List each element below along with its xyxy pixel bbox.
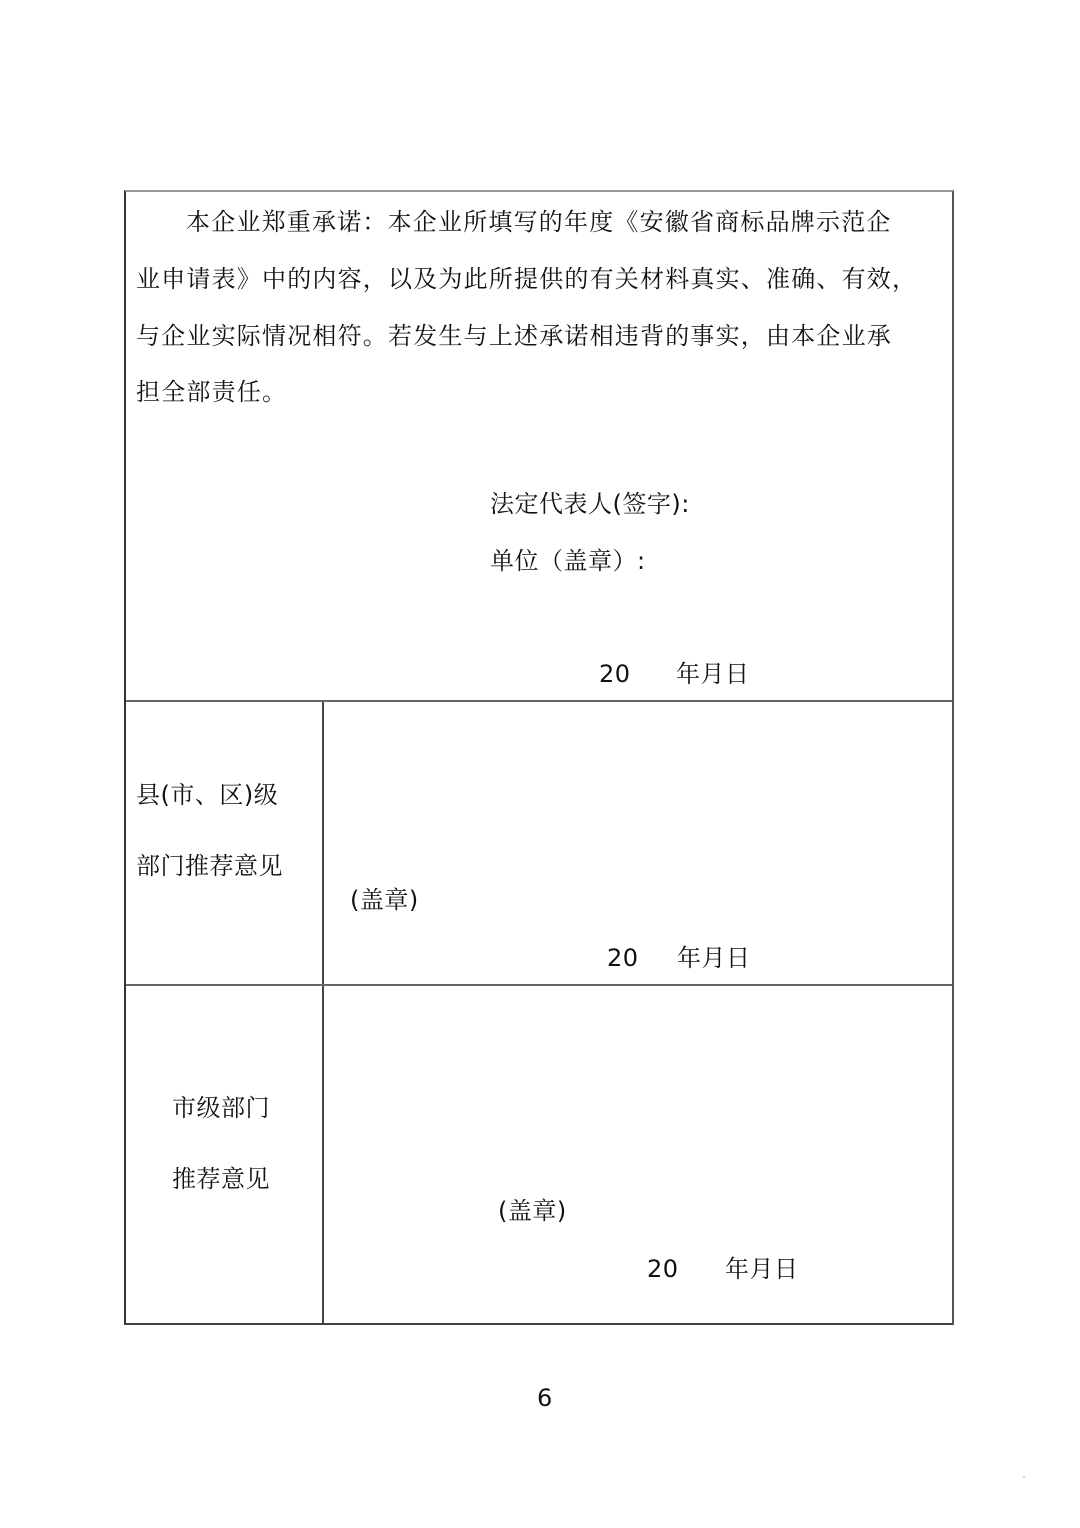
commitment-row: 本企业郑重承诺：本企业所填写的年度《安徽省商标品牌示范企 业申请表》中的内容，以… <box>126 192 952 702</box>
application-form-table: 本企业郑重承诺：本企业所填写的年度《安徽省商标品牌示范企 业申请表》中的内容，以… <box>124 190 954 1325</box>
unit-seal-label: 单位（盖章）: <box>490 546 646 576</box>
city-seal-label: (盖章) <box>498 1196 567 1226</box>
commitment-text-line-4: 担全部责任。 <box>136 377 287 407</box>
county-opinion-cell[interactable]: (盖章) 20 年月日 <box>324 702 952 984</box>
county-date-year: 20 <box>607 943 639 973</box>
commitment-text-line-1: 本企业郑重承诺：本企业所填写的年度《安徽省商标品牌示范企 <box>186 207 892 237</box>
city-date-year: 20 <box>647 1254 679 1284</box>
city-opinion-cell[interactable]: (盖章) 20 年月日 <box>324 986 952 1325</box>
city-recommendation-row: 市级部门 推荐意见 (盖章) 20 年月日 <box>126 986 952 1325</box>
county-label-line-1: 县(市、区)级 <box>136 780 278 810</box>
county-date-suffix: 年月日 <box>677 943 751 973</box>
county-label-line-2: 部门推荐意见 <box>136 851 283 881</box>
county-label-cell: 县(市、区)级 部门推荐意见 <box>126 702 324 984</box>
commitment-date-suffix: 年月日 <box>676 659 750 689</box>
commitment-text-line-3: 与企业实际情况相符。若发生与上述承诺相违背的事实，由本企业承 <box>136 321 892 351</box>
city-label-line-1: 市级部门 <box>172 1093 270 1123</box>
city-label-cell: 市级部门 推荐意见 <box>126 986 324 1325</box>
commitment-text-line-2: 业申请表》中的内容，以及为此所提供的有关材料真实、准确、有效， <box>136 264 917 294</box>
county-seal-label: (盖章) <box>350 885 419 915</box>
legal-representative-signature-label: 法定代表人(签字): <box>490 489 690 519</box>
document-page: 本企业郑重承诺：本企业所填写的年度《安徽省商标品牌示范企 业申请表》中的内容，以… <box>0 0 1080 1528</box>
city-date-suffix: 年月日 <box>725 1254 799 1284</box>
commitment-date-year: 20 <box>599 659 631 689</box>
county-recommendation-row: 县(市、区)级 部门推荐意见 (盖章) 20 年月日 <box>126 702 952 986</box>
page-number: 6 <box>537 1383 552 1413</box>
scan-artifact-dot <box>1023 1476 1025 1478</box>
city-label-line-2: 推荐意见 <box>172 1164 270 1194</box>
